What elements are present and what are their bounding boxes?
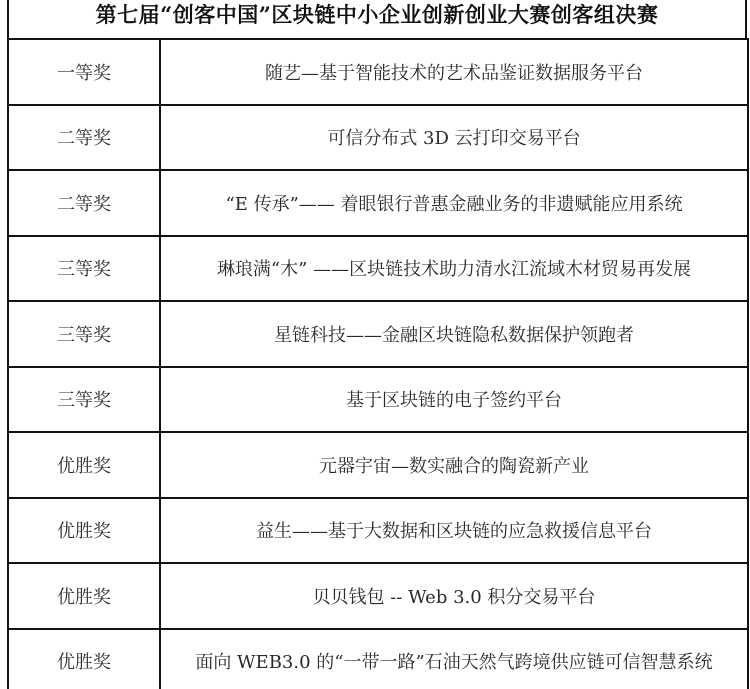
table-row: 优胜奖 贝贝钱包 -- Web 3.0 积分交易平台 <box>8 563 748 629</box>
award-level-cell: 一等奖 <box>8 39 160 105</box>
table-row: 三等奖 基于区块链的电子签约平台 <box>8 367 748 433</box>
award-level-cell: 优胜奖 <box>8 498 160 564</box>
project-name-cell: “E 传承”—— 着眼银行普惠金融业务的非遗赋能应用系统 <box>160 170 748 236</box>
project-name-cell: 元器宇宙—数实融合的陶瓷新产业 <box>160 432 748 498</box>
award-level-cell: 二等奖 <box>8 170 160 236</box>
award-document: 第七届“创客中国”区块链中小企业创新创业大赛创客组决赛 一等奖 随艺—基于智能技… <box>0 0 750 689</box>
project-name-cell: 面向 WEB3.0 的“一带一路”石油天然气跨境供应链可信智慧系统 <box>160 629 748 689</box>
project-name-cell: 可信分布式 3D 云打印交易平台 <box>160 105 748 171</box>
award-level-cell: 优胜奖 <box>8 432 160 498</box>
project-name-cell: 基于区块链的电子签约平台 <box>160 367 748 433</box>
award-level-cell: 三等奖 <box>8 301 160 367</box>
award-level-cell: 优胜奖 <box>8 629 160 689</box>
award-level-cell: 三等奖 <box>8 367 160 433</box>
document-title: 第七届“创客中国”区块链中小企业创新创业大赛创客组决赛 <box>7 0 747 38</box>
table-row: 二等奖 可信分布式 3D 云打印交易平台 <box>8 105 748 171</box>
project-name-cell: 益生——基于大数据和区块链的应急救援信息平台 <box>160 498 748 564</box>
table-row: 一等奖 随艺—基于智能技术的艺术品鉴证数据服务平台 <box>8 39 748 105</box>
project-name-cell: 随艺—基于智能技术的艺术品鉴证数据服务平台 <box>160 39 748 105</box>
table-row: 三等奖 琳琅满“木” ——区块链技术助力清水江流域木材贸易再发展 <box>8 236 748 302</box>
table-row: 优胜奖 面向 WEB3.0 的“一带一路”石油天然气跨境供应链可信智慧系统 <box>8 629 748 689</box>
project-name-cell: 琳琅满“木” ——区块链技术助力清水江流域木材贸易再发展 <box>160 236 748 302</box>
table-row: 二等奖 “E 传承”—— 着眼银行普惠金融业务的非遗赋能应用系统 <box>8 170 748 236</box>
award-level-cell: 三等奖 <box>8 236 160 302</box>
table-row: 优胜奖 元器宇宙—数实融合的陶瓷新产业 <box>8 432 748 498</box>
table-row: 优胜奖 益生——基于大数据和区块链的应急救援信息平台 <box>8 498 748 564</box>
project-name-cell: 贝贝钱包 -- Web 3.0 积分交易平台 <box>160 563 748 629</box>
table-row: 三等奖 星链科技——金融区块链隐私数据保护领跑者 <box>8 301 748 367</box>
award-level-cell: 优胜奖 <box>8 563 160 629</box>
project-name-cell: 星链科技——金融区块链隐私数据保护领跑者 <box>160 301 748 367</box>
awards-table: 一等奖 随艺—基于智能技术的艺术品鉴证数据服务平台 二等奖 可信分布式 3D 云… <box>7 38 749 689</box>
award-level-cell: 二等奖 <box>8 105 160 171</box>
